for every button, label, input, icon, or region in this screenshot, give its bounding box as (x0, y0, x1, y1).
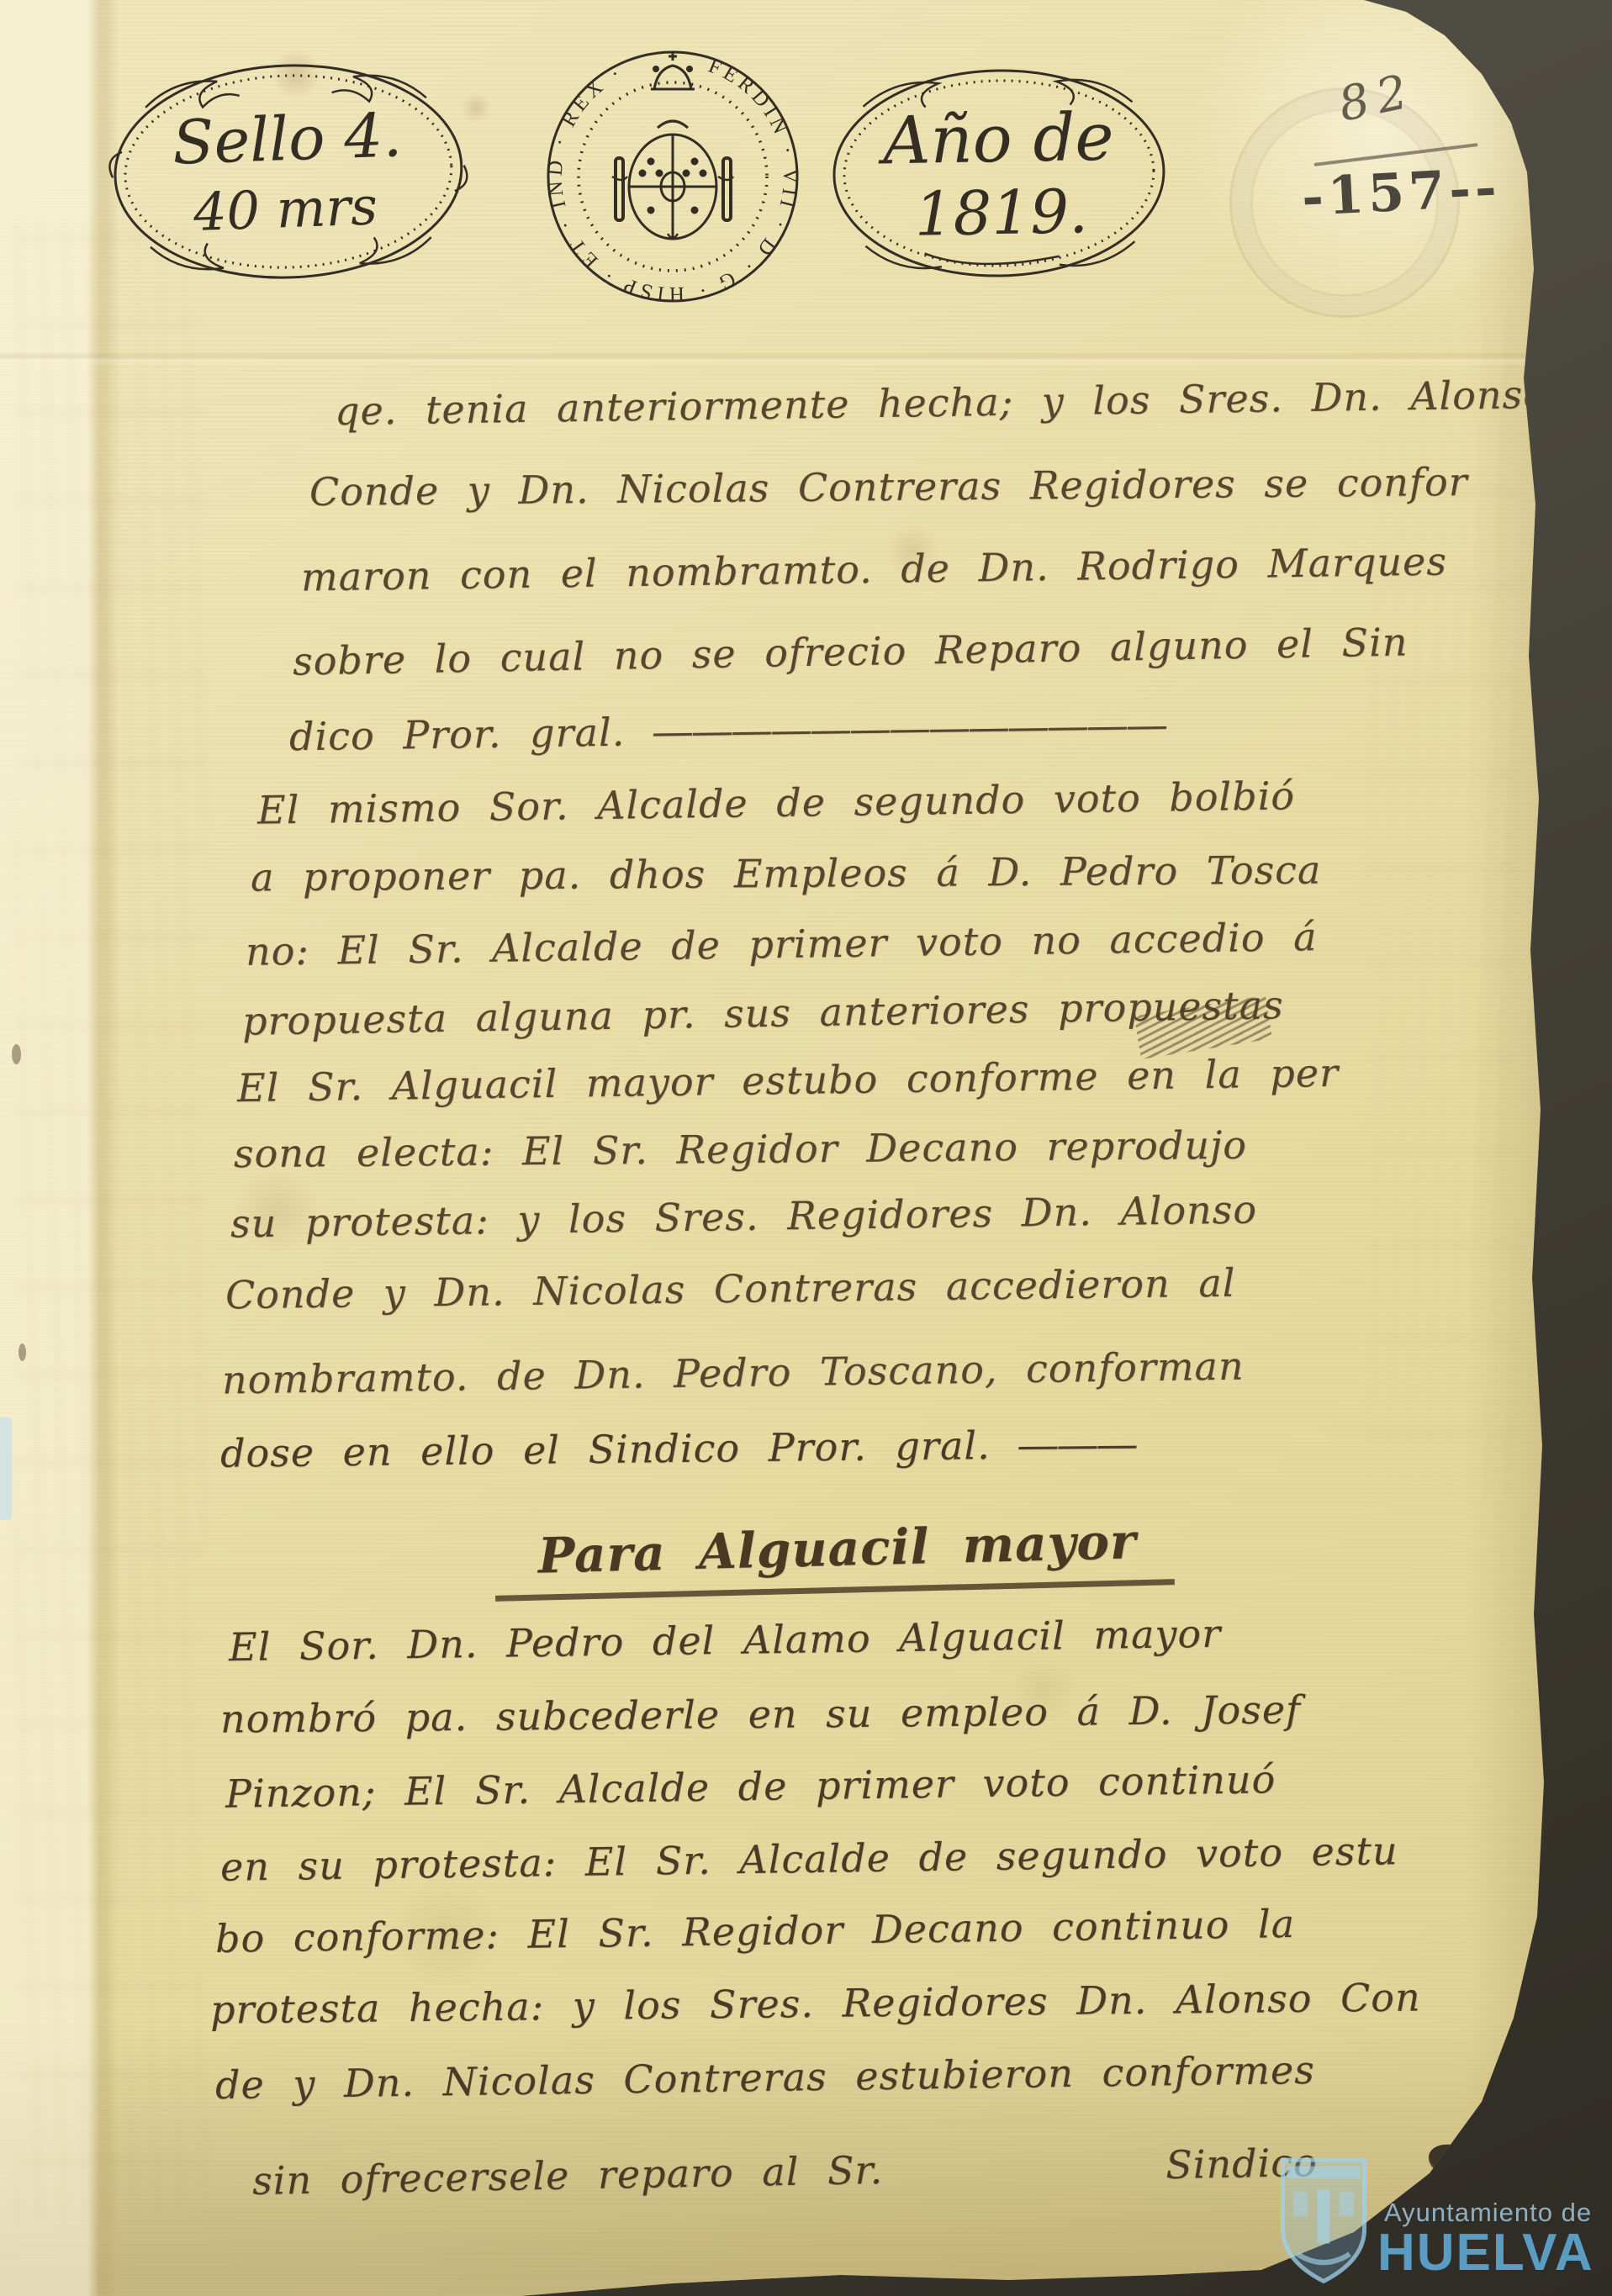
manuscript-line: dose en ello el Sindico Pror. gral. ――― (220, 1421, 1138, 1475)
bleedthrough-smudge-left (15, 219, 204, 2219)
anno-1819-stamp: Año de 1819. (821, 54, 1178, 295)
manuscript-line: nombramto. de Dn. Pedro Toscano, conform… (222, 1343, 1245, 1403)
manuscript-line: qe. tenia anteriormente hecha; y los Sre… (335, 372, 1547, 434)
manuscript-paper: Sello 4. 40 mrs FERDIN · VII · D · G · H… (0, 0, 1612, 2296)
manuscript-line: en su protesta: El Sr. Alcalde de segund… (220, 1828, 1398, 1890)
manuscript-line: nombró pa. subcederle en su empleo á D. … (220, 1686, 1302, 1741)
binding-stitch-hole (18, 1343, 26, 1361)
manuscript-line: Conde y Dn. Nicolas Contreras Regidores … (309, 459, 1468, 515)
watermark-shield-icon (1276, 2152, 1371, 2291)
manuscript-line: El Sor. Dn. Pedro del Alamo Alguacil may… (229, 1611, 1222, 1670)
document-photo: { "folio": { "top": "82", "bottom": "-15… (0, 0, 1612, 2296)
manuscript-line: de y Dn. Nicolas Contreras estubieron co… (215, 2047, 1315, 2108)
manuscript-line: maron con el nombramto. de Dn. Rodrigo M… (301, 538, 1448, 599)
sello-line1: Sello 4. (172, 99, 404, 177)
sello-4-stamp: Sello 4. 40 mrs (95, 45, 482, 303)
royal-seal-stamp: FERDIN · VII · D · G · HISP · ET · IND ·… (528, 34, 818, 307)
manuscript-line: sona electa: El Sr. Regidor Decano repro… (234, 1122, 1247, 1177)
manuscript-line: sobre lo cual no se ofrecio Reparo algun… (293, 619, 1409, 684)
sello-4-stamp-art: Sello 4. 40 mrs (95, 45, 482, 298)
manuscript-line: protesta hecha: y los Sres. Regidores Dn… (210, 1974, 1421, 2032)
manuscript-line: propuesta alguna pr. sus anteriores prop… (242, 982, 1284, 1043)
crown-icon (651, 52, 695, 89)
manuscript-line: bo conforme: El Sr. Regidor Decano conti… (215, 1901, 1296, 1961)
manuscript-line: sin ofrecersele reparo al Sr. Sindico (252, 2140, 1319, 2204)
manuscript-line: no: El Sr. Alcalde de primer voto no acc… (246, 914, 1318, 974)
manuscript-line: Conde y Dn. Nicolas Contreras accedieron… (225, 1260, 1236, 1318)
anno-1819-stamp-art: Año de 1819. (821, 54, 1178, 291)
anno-line1: Año de (877, 100, 1114, 180)
manuscript-line: Pinzon; El Sr. Alcalde de primer voto co… (225, 1756, 1276, 1816)
anno-line2: 1819. (914, 176, 1089, 250)
watermark-text-large: HUELVA (1377, 2223, 1594, 2283)
sello-line2: 40 mrs (192, 175, 378, 243)
royal-seal-art: FERDIN · VII · D · G · HISP · ET · IND ·… (528, 34, 818, 303)
folio-number-bottom: -157-- (1300, 156, 1502, 228)
binding-edge-tab (0, 1417, 12, 1520)
huelva-watermark: Ayuntamiento de HUELVA (1276, 2146, 1612, 2296)
manuscript-line: a proponer pa. dhos Empleos á D. Pedro T… (251, 847, 1322, 900)
shield-icon (612, 121, 733, 239)
section-heading: Para Alguacil mayor (494, 1512, 1175, 1602)
manuscript-line: dico Pror. gral. ――――――――――――― (289, 702, 1168, 760)
binding-stitch-hole (12, 1044, 21, 1064)
manuscript-line: su protesta: y los Sres. Regidores Dn. A… (230, 1186, 1258, 1246)
manuscript-line: El Sr. Alguacil mayor estubo conforme en… (237, 1050, 1340, 1111)
manuscript-line: El mismo Sor. Alcalde de segundo voto bo… (257, 773, 1296, 832)
